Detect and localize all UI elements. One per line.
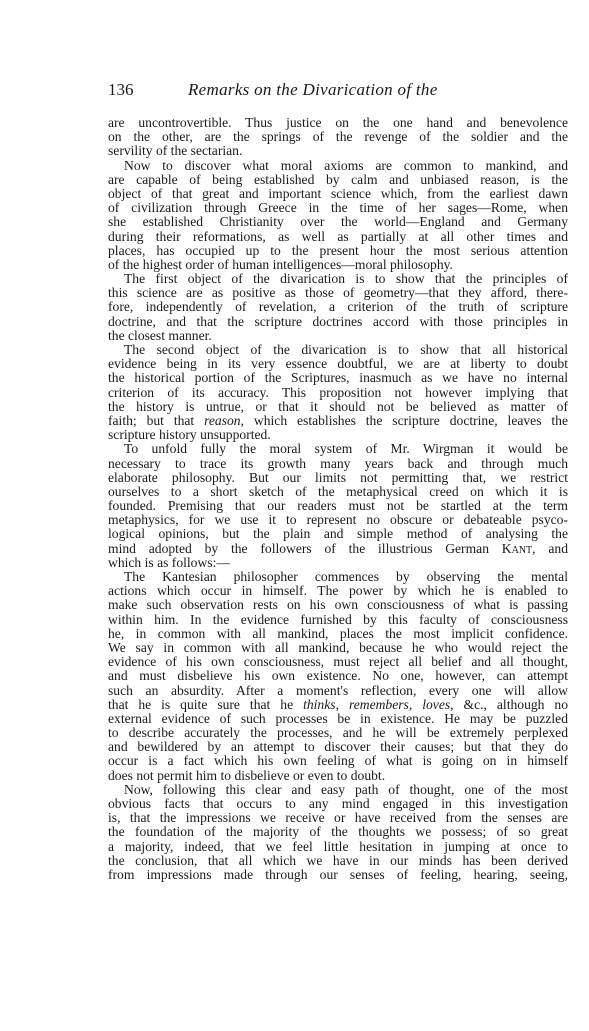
- text-line: logical opinions, but the plain and simp…: [108, 527, 568, 541]
- text-line: object of that great and important scien…: [108, 187, 568, 201]
- text-line: Now to discover what moral axioms are co…: [108, 159, 568, 173]
- small-caps-name: Kant: [502, 541, 532, 556]
- text-line: evidence being in its very essence doubt…: [108, 357, 568, 371]
- text-line: and bewildered by an attempt to discover…: [108, 740, 568, 754]
- text-line: fore, independently of revelation, a cri…: [108, 300, 568, 314]
- text-line: founded. Premising that our readers must…: [108, 499, 568, 513]
- text-line: external evidence of such processes be i…: [108, 712, 568, 726]
- text-line: which is as follows:—: [108, 556, 568, 570]
- text-line: mind adopted by the followers of the ill…: [108, 542, 568, 556]
- text-line: this science are as positive as those of…: [108, 286, 568, 300]
- text-line: To unfold fully the moral system of Mr. …: [108, 442, 568, 456]
- text-line: servility of the sectarian.: [108, 144, 568, 158]
- text-line: Now, following this clear and easy path …: [108, 783, 568, 797]
- text-line: doctrine, and that the scripture doctrin…: [108, 315, 568, 329]
- text-line: that he is quite sure that he thinks, re…: [108, 698, 568, 712]
- text-line: scripture history unsupported.: [108, 428, 568, 442]
- text-line: criterion of its accuracy. This proposit…: [108, 386, 568, 400]
- italic-emphasis: thinks: [303, 697, 335, 712]
- text-line: of civilization through Greece in the ti…: [108, 201, 568, 215]
- page-number: 136: [108, 80, 134, 100]
- text-line: and must disbelieve his own existence. N…: [108, 669, 568, 683]
- text-line: make such observation rests on his own c…: [108, 598, 568, 612]
- text-line: on the other, are the springs of the rev…: [108, 130, 568, 144]
- italic-emphasis: reason: [204, 413, 241, 428]
- text-line: of the highest order of human intelligen…: [108, 258, 568, 272]
- text-line: does not permit him to disbelieve or eve…: [108, 769, 568, 783]
- text-line: to describe accurately the processes, an…: [108, 726, 568, 740]
- document-page: 136 Remarks on the Divarication of the a…: [108, 80, 568, 882]
- text-line: from impressions made through our senses…: [108, 868, 568, 882]
- text-line: elaborate philosophy. But our limits not…: [108, 471, 568, 485]
- text-line: faith; but that reason, which establishe…: [108, 414, 568, 428]
- running-title: Remarks on the Divarication of the: [188, 80, 438, 100]
- text-line: evidence of his own consciousness, must …: [108, 655, 568, 669]
- text-line: within him. In the evidence furnished by…: [108, 613, 568, 627]
- text-line: actions which occur in himself. The powe…: [108, 584, 568, 598]
- text-line: We say in common with all mankind, becau…: [108, 641, 568, 655]
- text-line: he, in common with all mankind, places t…: [108, 627, 568, 641]
- body-text: are uncontrovertible. Thus justice on th…: [108, 116, 568, 882]
- page-header: 136 Remarks on the Divarication of the: [108, 80, 568, 102]
- text-line: necessary to trace its growth many years…: [108, 457, 568, 471]
- text-line: ourselves to a short sketch of the metap…: [108, 485, 568, 499]
- text-line: are capable of being established by calm…: [108, 173, 568, 187]
- text-line: places, has occupied up to the present h…: [108, 244, 568, 258]
- text-line: The first object of the divarication is …: [108, 272, 568, 286]
- text-line: obvious facts that occurs to any mind en…: [108, 797, 568, 811]
- italic-emphasis: loves: [422, 697, 450, 712]
- text-line: The second object of the divarication is…: [108, 343, 568, 357]
- text-line: the historical portion of the Scriptures…: [108, 371, 568, 385]
- text-line: The Kantesian philosopher commences by o…: [108, 570, 568, 584]
- text-line: a majority, indeed, that we feel little …: [108, 840, 568, 854]
- text-line: the conclusion, that all which we have i…: [108, 854, 568, 868]
- text-line: metaphysics, for we use it to represent …: [108, 513, 568, 527]
- text-line: the closest manner.: [108, 329, 568, 343]
- text-line: are uncontrovertible. Thus justice on th…: [108, 116, 568, 130]
- italic-emphasis: remembers: [349, 697, 409, 712]
- text-line: the history is untrue, or that it should…: [108, 400, 568, 414]
- text-line: the foundation of the majority of the th…: [108, 825, 568, 839]
- text-line: is, that the impressions we receive or h…: [108, 811, 568, 825]
- text-line: occur is a fact which his own feeling of…: [108, 754, 568, 768]
- text-line: such an absurdity. After a moment's refl…: [108, 684, 568, 698]
- text-line: during their reformations, as well as pa…: [108, 230, 568, 244]
- text-line: she established Christianity over the wo…: [108, 215, 568, 229]
